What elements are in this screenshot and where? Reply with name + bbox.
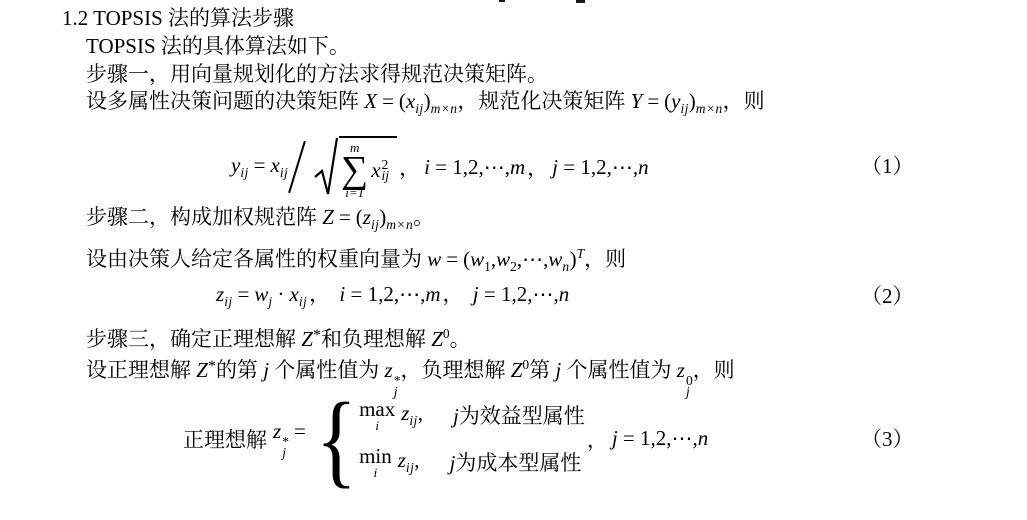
math-sup: * — [208, 358, 216, 375]
dot-operator: · — [278, 282, 285, 306]
equals-sign: = — [446, 247, 458, 271]
j-range: j = 1,2,⋯,n — [612, 426, 708, 451]
math-var: Z — [511, 358, 523, 382]
formula-1: yij=xij m ∑ i=1 x2ij ， i = 1,2,⋯,m ， j =… — [231, 128, 649, 206]
math-sub: j — [282, 447, 286, 458]
range-text: = 1,2,⋯, — [558, 155, 638, 179]
math-sub: ij — [382, 170, 390, 181]
cost-case-row: mini zij, j为成本型属性 — [359, 446, 585, 479]
math-var: w — [470, 247, 484, 271]
cjk-text: 第 — [529, 358, 550, 382]
formula-3-lead: 正理想解 — [183, 424, 267, 454]
cjk-text: ，则 — [584, 247, 626, 271]
sigma-icon: ∑ — [341, 154, 368, 186]
radical-sign — [313, 136, 339, 198]
paren: ( — [399, 89, 406, 113]
math-sub: ij — [299, 294, 307, 309]
cost-condition: j为成本型属性 — [449, 447, 581, 477]
cjk-text: ，负理想解 — [400, 358, 505, 382]
math-var: y — [231, 153, 240, 177]
math-var: Z — [301, 327, 313, 351]
cjk-text: 设多属性决策问题的决策矩阵 — [86, 89, 359, 113]
math-var: j — [555, 358, 561, 382]
equals-sign: = — [254, 153, 266, 177]
math-sub: ij — [240, 165, 248, 180]
formula-2: zij=wj·xij， i = 1,2,⋯,m， j = 1,2,⋯,n — [216, 281, 569, 315]
supsub-stack: 2ij — [382, 159, 390, 181]
math-var: x — [371, 158, 380, 183]
cases-group: maxi zij, j为效益型属性 mini zij, j为成本型属性 — [359, 399, 585, 479]
fullwidth-comma: ， — [309, 282, 330, 306]
case-value: zij, — [401, 401, 423, 429]
step3-line: 步骤三，确定正理想解 Z*和负理想解 Z0。 — [86, 320, 471, 353]
math-var: n — [638, 155, 649, 179]
cjk-text: 个属性值为 — [274, 358, 379, 382]
math-sub: ij — [406, 460, 414, 475]
decision-matrix-line: 设多属性决策问题的决策矩阵 X=(xij)m×n，规范化决策矩阵 Y=(yij)… — [86, 88, 765, 122]
division-slash — [288, 141, 306, 193]
fullwidth-comma: ， — [527, 152, 548, 182]
cropped-line-artifact — [499, 0, 505, 2]
math-var: w — [427, 247, 441, 271]
math-sub: ij — [680, 101, 688, 116]
i-range: i = 1,2,⋯,m — [424, 155, 525, 180]
intro-text: TOPSIS 法的具体算法如下。 — [86, 34, 350, 58]
fullwidth-comma: ， — [587, 424, 608, 454]
math-sub: m×n — [386, 217, 413, 232]
cropped-line-artifact — [576, 0, 585, 3]
cjk-text: ，则 — [723, 89, 765, 113]
section-heading: 1.2 TOPSIS 法的算法步骤 — [62, 5, 294, 32]
min-limit: i — [374, 466, 378, 479]
paren: ) — [570, 247, 577, 271]
math-var: z — [385, 358, 393, 382]
math-var: z — [398, 448, 406, 472]
sum-lower-limit: i=1 — [345, 186, 364, 199]
sqrt-radical: m ∑ i=1 x2ij — [313, 136, 397, 198]
math-sup: * — [313, 327, 321, 344]
range-text: = 1,2,⋯, — [479, 282, 559, 306]
range-text: = 1,2,⋯, — [345, 282, 425, 306]
cjk-text: 为效益型属性 — [459, 404, 585, 428]
j-range: j = 1,2,⋯,n — [552, 155, 648, 180]
equals-sign: = — [294, 419, 306, 443]
min-operator: mini — [359, 446, 392, 479]
math-var: z — [216, 282, 224, 306]
fullwidth-comma: ， — [443, 282, 464, 306]
max-limit: i — [375, 419, 379, 432]
fullwidth-comma: ， — [399, 152, 420, 182]
range-text: = 1,2,⋯, — [618, 426, 698, 450]
step2-line: 步骤二，构成加权规范阵 Z=(zij)m×n。 — [86, 204, 434, 238]
range-text: = 1,2,⋯, — [430, 155, 510, 179]
math-sub: m×n — [696, 101, 723, 116]
cjk-text: 的第 — [216, 358, 258, 382]
step1-line: 步骤一，用向量规划化的方法求得规范决策矩阵。 — [86, 61, 548, 88]
math-var: m — [425, 282, 440, 306]
equation-label-2: （2） — [861, 284, 914, 309]
summation-operator: m ∑ i=1 — [341, 141, 368, 199]
weight-vector-line: 设由决策人给定各属性的权重向量为 w=(w1,w2,⋯,wn)T，则 — [86, 240, 626, 280]
comma: , — [418, 401, 423, 425]
math-var: x — [290, 282, 299, 306]
math-var: n — [559, 282, 570, 306]
math-var: z — [677, 358, 685, 382]
math-var: z — [273, 419, 281, 443]
math-var: Z — [431, 327, 443, 351]
equation-label-1: （1） — [861, 154, 914, 179]
case-value: zij, — [398, 448, 420, 476]
math-var: z — [363, 205, 371, 229]
min-label: min — [359, 446, 392, 466]
equals-sign: = — [647, 89, 659, 113]
math-sub: ij — [280, 165, 288, 180]
math-sub: n — [562, 259, 569, 274]
max-label: max — [359, 399, 395, 419]
max-operator: maxi — [359, 399, 395, 432]
i-range: i = 1,2,⋯,m — [339, 281, 440, 308]
math-sub: ij — [224, 294, 232, 309]
math-sub: 1 — [484, 259, 491, 274]
cjk-text: ，则 — [693, 358, 735, 382]
math-sup: 0 — [443, 326, 450, 341]
paren: ) — [424, 89, 431, 113]
equals-sign: = — [238, 282, 250, 306]
paren: ( — [356, 205, 363, 229]
math-var: X — [364, 89, 377, 113]
equals-sign: = — [382, 89, 394, 113]
equals-sign: = — [339, 205, 351, 229]
math-sub: j — [268, 294, 272, 309]
cjk-text: 。 — [413, 205, 434, 229]
equation-label-3: （3） — [861, 427, 914, 452]
math-var: x — [270, 153, 279, 177]
math-sub: ij — [409, 413, 417, 428]
math-var: j — [263, 358, 269, 382]
math-sup: T — [577, 246, 585, 261]
math-var: w — [496, 247, 510, 271]
formula-3: 正理想解 z*j= { maxi zij, j为效益型属性 mini zij, … — [183, 391, 708, 486]
math-var: w — [548, 247, 562, 271]
cjk-text: 为成本型属性 — [455, 451, 581, 475]
cjk-text: 设由决策人给定各属性的权重向量为 — [86, 247, 422, 271]
comma: , — [414, 448, 419, 472]
math-sub: ij — [415, 101, 423, 116]
cdots: ,⋯, — [517, 247, 549, 271]
cjk-text: 个属性值为 — [567, 358, 672, 382]
math-var: m — [510, 155, 525, 179]
cjk-text: 设正理想解 — [86, 358, 191, 382]
cjk-text: ，规范化决策矩阵 — [457, 89, 625, 113]
radicand: m ∑ i=1 x2ij — [339, 136, 397, 198]
math-var: n — [698, 426, 709, 450]
math-var: Z — [322, 205, 334, 229]
math-var: x — [406, 89, 415, 113]
left-brace: { — [316, 386, 357, 491]
cjk-text: 步骤二，构成加权规范阵 — [86, 205, 317, 229]
j-range: j = 1,2,⋯,n — [473, 281, 569, 308]
benefit-condition: j为效益型属性 — [453, 400, 585, 430]
supsub-stack: *j — [282, 436, 289, 458]
intro-line: TOPSIS 法的具体算法如下。 — [86, 33, 350, 60]
section-heading-text: 1.2 TOPSIS 法的算法步骤 — [62, 6, 294, 30]
math-var: Y — [631, 89, 643, 113]
math-var: w — [254, 282, 268, 306]
formula-1-lhs: yij=xij — [231, 153, 288, 181]
benefit-case-row: maxi zij, j为效益型属性 — [359, 399, 585, 432]
cjk-text: 。 — [450, 327, 471, 351]
cjk-text: 步骤三，确定正理想解 — [86, 327, 296, 351]
cjk-text: 和负理想解 — [321, 327, 426, 351]
math-sub: m×n — [431, 101, 458, 116]
math-var: Z — [196, 358, 208, 382]
document-page: 1.2 TOPSIS 法的算法步骤 TOPSIS 法的具体算法如下。 步骤一，用… — [0, 0, 1027, 520]
paren: ) — [689, 89, 696, 113]
step1-text: 步骤一，用向量规划化的方法求得规范决策矩阵。 — [86, 62, 548, 86]
math-sub: 2 — [510, 259, 517, 274]
formula-3-lhs: z*j= — [273, 419, 311, 458]
